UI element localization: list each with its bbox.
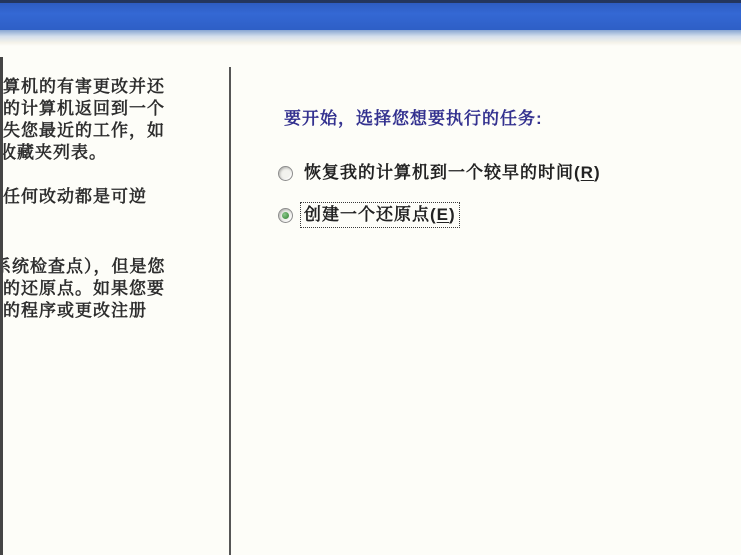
task-heading: 要开始，选择您想要执行的任务: xyxy=(284,104,543,129)
access-key-letter: R xyxy=(581,163,594,182)
label-text: 恢复我的计算机到一个较早的时间( xyxy=(304,163,581,182)
description-line: 失您最近的工作，如 xyxy=(3,120,229,142)
window-top-edge xyxy=(0,0,741,3)
description-line: 的还原点。如果您要 xyxy=(3,278,229,300)
description-paragraph-2: 任何改动都是可逆 xyxy=(3,186,229,208)
vertical-divider xyxy=(229,67,231,555)
radio-option-restore-earlier-time[interactable]: 恢复我的计算机到一个较早的时间(R) xyxy=(278,160,605,186)
title-bar xyxy=(0,0,741,30)
left-description-panel: 算机的有害更改并还 的计算机返回到一个 失您最近的工作，如 收藏夹列表。 任何改… xyxy=(3,46,229,555)
description-paragraph-1: 算机的有害更改并还 的计算机返回到一个 失您最近的工作，如 收藏夹列表。 xyxy=(3,76,229,164)
radio-option-create-restore-point[interactable]: 创建一个还原点(E) xyxy=(278,202,460,228)
title-bar-gradient xyxy=(0,30,741,46)
label-text: 创建一个还原点( xyxy=(304,205,437,224)
description-line: 系统检查点），但是您 xyxy=(3,256,229,278)
description-paragraph-3: 系统检查点），但是您 的还原点。如果您要 的程序或更改注册 xyxy=(3,256,229,322)
description-line: 的计算机返回到一个 xyxy=(3,98,229,120)
description-line: 的程序或更改注册 xyxy=(3,300,229,322)
system-restore-window: 算机的有害更改并还 的计算机返回到一个 失您最近的工作，如 收藏夹列表。 任何改… xyxy=(0,0,741,555)
access-key-letter: E xyxy=(437,205,449,224)
label-text: ) xyxy=(594,163,601,182)
radio-button-icon[interactable] xyxy=(278,166,293,181)
radio-button-icon[interactable] xyxy=(278,208,293,223)
radio-option-label: 恢复我的计算机到一个较早的时间(R) xyxy=(300,160,605,186)
label-text: ) xyxy=(449,205,456,224)
description-line: 算机的有害更改并还 xyxy=(3,76,229,98)
description-line: 收藏夹列表。 xyxy=(3,142,229,164)
description-line: 任何改动都是可逆 xyxy=(3,186,229,208)
radio-option-label: 创建一个还原点(E) xyxy=(300,202,460,228)
